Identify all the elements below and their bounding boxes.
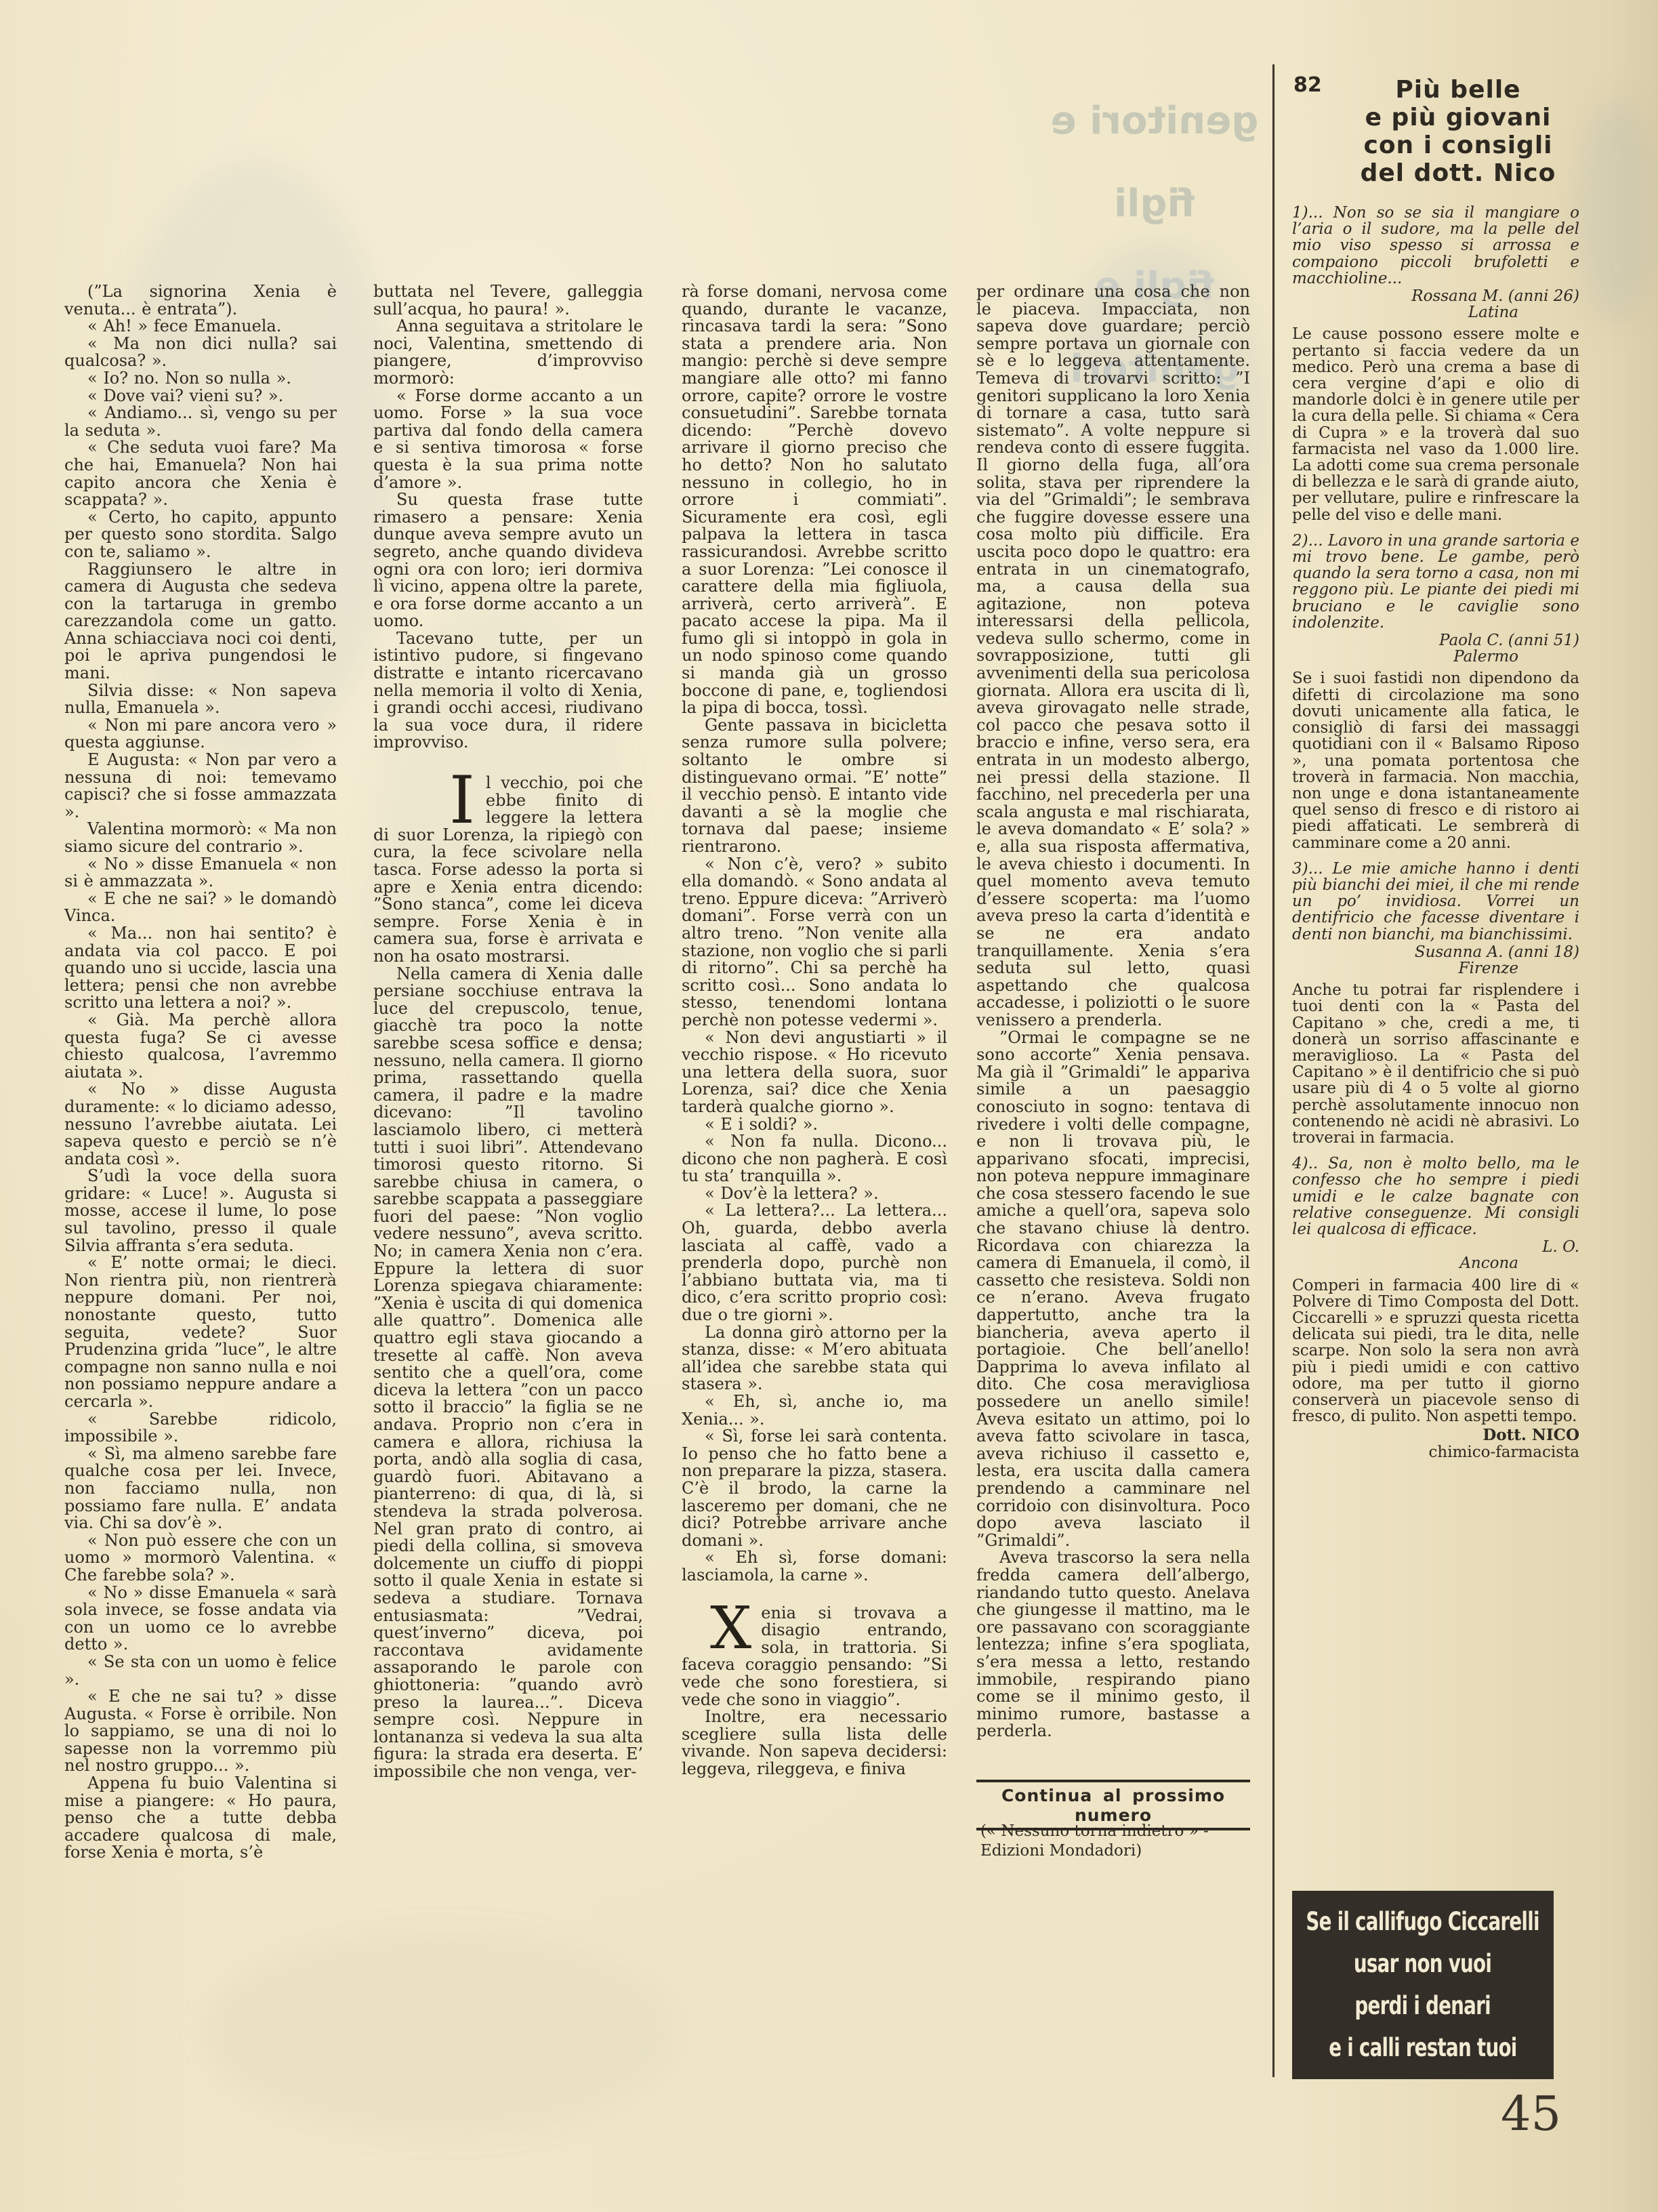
story-paragraph: Silvia disse: « Non sapeva nulla, Emanue…: [64, 682, 337, 717]
dropcap-I: I: [373, 775, 486, 823]
advice-signoff-name: Dott. NICO: [1292, 1427, 1579, 1443]
advice-city: Firenze: [1292, 960, 1518, 977]
story-paragraph: Appena fu buio Valentina si mise a piang…: [64, 1775, 337, 1862]
magazine-page: genitori e figli figli e genitori (”La s…: [0, 0, 1658, 2212]
advice-answer: Comperi in farmacia 400 lire di « Polver…: [1292, 1277, 1579, 1425]
ghost-blob: [1579, 95, 1653, 325]
ad-line: e i calli restan tuoi: [1329, 2027, 1516, 2069]
advice-header: 82 Più belle e più giovani con i consigl…: [1292, 76, 1579, 187]
ghost-line: genitori e figli: [1035, 80, 1274, 245]
story-paragraph: Il vecchio, poi che ebbe finito di legge…: [373, 775, 643, 966]
story-paragraph: « No » disse Emanuela « non si è ammazza…: [64, 856, 337, 890]
story-paragraph: ”Ormai le compagne se ne sono accorte” X…: [976, 1029, 1250, 1550]
advice-signature: Paola C. (anni 51): [1292, 632, 1579, 649]
story-paragraph: « Dove vai? vieni su? ».: [64, 388, 337, 405]
advice-signature: Rossana M. (anni 26): [1292, 288, 1579, 304]
advice-entries: 1)... Non so se sia il mangiare o l’aria…: [1292, 205, 1579, 1425]
page-number: 45: [1501, 2086, 1561, 2142]
advice-entry: 4).. Sa, non è molto bello, ma le confes…: [1292, 1155, 1579, 1425]
story-paragraph: « Che seduta vuoi fare? Ma che hai, Eman…: [64, 439, 337, 508]
story-paragraph: « Sarebbe ridicolo, impossibile ».: [64, 1411, 337, 1446]
column-divider-rule: [1272, 64, 1274, 2077]
story-paragraph: Su questa frase tutte rimasero a pensare…: [373, 491, 643, 630]
advice-title-line: e più giovani: [1337, 104, 1579, 131]
story-paragraph: Anna seguitava a stritolare le noci, Val…: [373, 318, 643, 387]
ad-line: Se il callifugo Ciccarelli: [1306, 1901, 1539, 1943]
story-paragraph: « Ma non dici nulla? sai qualcosa? ».: [64, 335, 337, 370]
story-column-3: rà forse domani, nervosa come quando, du…: [682, 283, 947, 1778]
story-paragraph: « Dov’è la lettera? ».: [682, 1185, 947, 1203]
advice-city: Palermo: [1292, 649, 1518, 665]
story-paragraph: « Non devi angustiarti » il vecchio risp…: [682, 1029, 947, 1116]
story-paragraph: Tacevano tutte, per un istintivo pudore,…: [373, 630, 643, 752]
story-paragraph: « E che ne sai? » le domandò Vinca.: [64, 890, 337, 925]
story-paragraph: Gente passava in bicicletta senza rumore…: [682, 717, 947, 856]
advice-question: 2)... Lavoro in una grande sartoria e mi…: [1292, 533, 1579, 631]
story-paragraph: « E’ notte ormai; le dieci. Non rientra …: [64, 1254, 337, 1410]
advice-answer: Se i suoi fastidi non dipendono da difet…: [1292, 670, 1579, 851]
story-paragraph: « Non c’è, vero? » subito ella domandò. …: [682, 856, 947, 1029]
story-paragraph: « No » disse Emanuela « sarà sola invece…: [64, 1584, 337, 1654]
story-column-2: buttata nel Tevere, galleggia sull’acqua…: [373, 283, 643, 1780]
story-paragraph: E Augusta: « Non par vero a nessuna di n…: [64, 752, 337, 821]
advice-title-line: con i consigli: [1337, 131, 1579, 159]
story-paragraph: « Sì, forse lei sarà contenta. Io penso …: [682, 1428, 947, 1549]
advice-answer: Anche tu potrai far risplendere i tuoi d…: [1292, 982, 1579, 1146]
story-column-1: (”La signorina Xenia è venuta... è entra…: [64, 283, 337, 1862]
story-paragraph: « Forse dorme accanto a un uomo. Forse »…: [373, 388, 643, 492]
story-paragraph: « Certo, ho capito, appunto per questo s…: [64, 509, 337, 561]
source-note: (« Nessuno torna indietro » - Edizioni M…: [976, 1822, 1254, 1861]
story-paragraph: « No » disse Augusta duramente: « lo dic…: [64, 1081, 337, 1168]
story-column-4: per ordinare una cosa che non le piaceva…: [976, 283, 1250, 1740]
story-paragraph: « Io? no. Non so nulla ».: [64, 370, 337, 388]
story-paragraph: Xenia si trovava a disagio entrando, sol…: [682, 1605, 947, 1709]
story-paragraph: « Ah! » fece Emanuela.: [64, 318, 337, 335]
story-paragraph: Inoltre, era necessario scegliere sulla …: [682, 1708, 947, 1778]
story-paragraph: « E i soldi? ».: [682, 1116, 947, 1134]
callifugo-ad-box: Se il callifugo Ciccarelli usar non vuoi…: [1292, 1891, 1554, 2079]
story-paragraph: « Non può essere che con un uomo » mormo…: [64, 1532, 337, 1584]
advice-signoff: Dott. NICO chimico-farmacista: [1292, 1427, 1579, 1460]
story-paragraph: per ordinare una cosa che non le piaceva…: [976, 283, 1250, 1029]
story-paragraph: buttata nel Tevere, galleggia sull’acqua…: [373, 283, 643, 318]
story-paragraph: « Non fa nulla. Dicono... dicono che non…: [682, 1133, 947, 1185]
ghost-blob: [203, 1931, 678, 2135]
story-paragraph: S’udì la voce della suora gridare: « Luc…: [64, 1168, 337, 1254]
advice-title: Più belle e più giovani con i consigli d…: [1337, 76, 1579, 187]
story-paragraph: « Sì, ma almeno sarebbe fare qualche cos…: [64, 1446, 337, 1532]
advice-city: Latina: [1292, 304, 1518, 321]
story-paragraph: (”La signorina Xenia è venuta... è entra…: [64, 283, 337, 318]
advice-question: 1)... Non so se sia il mangiare o l’aria…: [1292, 205, 1579, 287]
ad-line: perdi i denari: [1355, 1985, 1491, 2027]
advice-signature: L. O.: [1292, 1239, 1579, 1255]
advice-entry: 1)... Non so se sia il mangiare o l’aria…: [1292, 205, 1579, 523]
advice-signoff-role: chimico-farmacista: [1292, 1444, 1579, 1460]
story-paragraph: « Se sta con un uomo è felice ».: [64, 1654, 337, 1688]
advice-question: 3)... Le mie amiche hanno i denti più bi…: [1292, 861, 1579, 943]
story-paragraph: « Eh, sì, anche io, ma Xenia... ».: [682, 1393, 947, 1428]
advice-entry: 2)... Lavoro in una grande sartoria e mi…: [1292, 533, 1579, 851]
advice-signature: Susanna A. (anni 18): [1292, 944, 1579, 960]
advice-title-line: Più belle: [1337, 76, 1579, 104]
story-paragraph: « E che ne sai tu? » disse Augusta. « Fo…: [64, 1688, 337, 1775]
story-paragraph: « Ma... non hai sentito? è andata via co…: [64, 925, 337, 1012]
advice-page-ref: 82: [1292, 76, 1337, 94]
story-paragraph: Nella camera di Xenia dalle persiane soc…: [373, 966, 643, 1781]
advice-entry: 3)... Le mie amiche hanno i denti più bi…: [1292, 861, 1579, 1146]
story-paragraph: Aveva trascorso la sera nella fredda cam…: [976, 1549, 1250, 1740]
story-paragraph: « Non mi pare ancora vero » questa aggiu…: [64, 717, 337, 752]
advice-answer: Le cause possono essere molte e pertanto…: [1292, 326, 1579, 523]
story-paragraph: « La lettera?... La lettera... Oh, guard…: [682, 1202, 947, 1324]
dropcap-X: X: [682, 1605, 761, 1650]
story-paragraph: La donna girò attorno per la stanza, dis…: [682, 1324, 947, 1393]
story-paragraph: Valentina mormorò: « Ma non siamo sicure…: [64, 821, 337, 855]
advice-question: 4).. Sa, non è molto bello, ma le confes…: [1292, 1155, 1579, 1237]
advice-title-line: del dott. Nico: [1337, 159, 1579, 187]
story-paragraph: « Andiamo... sì, vengo su per la seduta …: [64, 405, 337, 439]
ad-line: usar non vuoi: [1354, 1943, 1491, 1985]
story-paragraph: rà forse domani, nervosa come quando, du…: [682, 283, 947, 717]
advice-column: 82 Più belle e più giovani con i consigl…: [1292, 76, 1579, 1460]
story-paragraph: « Già. Ma perchè allora questa fuga? Se …: [64, 1012, 337, 1081]
story-paragraph: Raggiunsero le altre in camera di August…: [64, 561, 337, 682]
story-paragraph: « Eh sì, forse domani: lasciamola, la ca…: [682, 1549, 947, 1584]
advice-city: Ancona: [1292, 1255, 1518, 1271]
